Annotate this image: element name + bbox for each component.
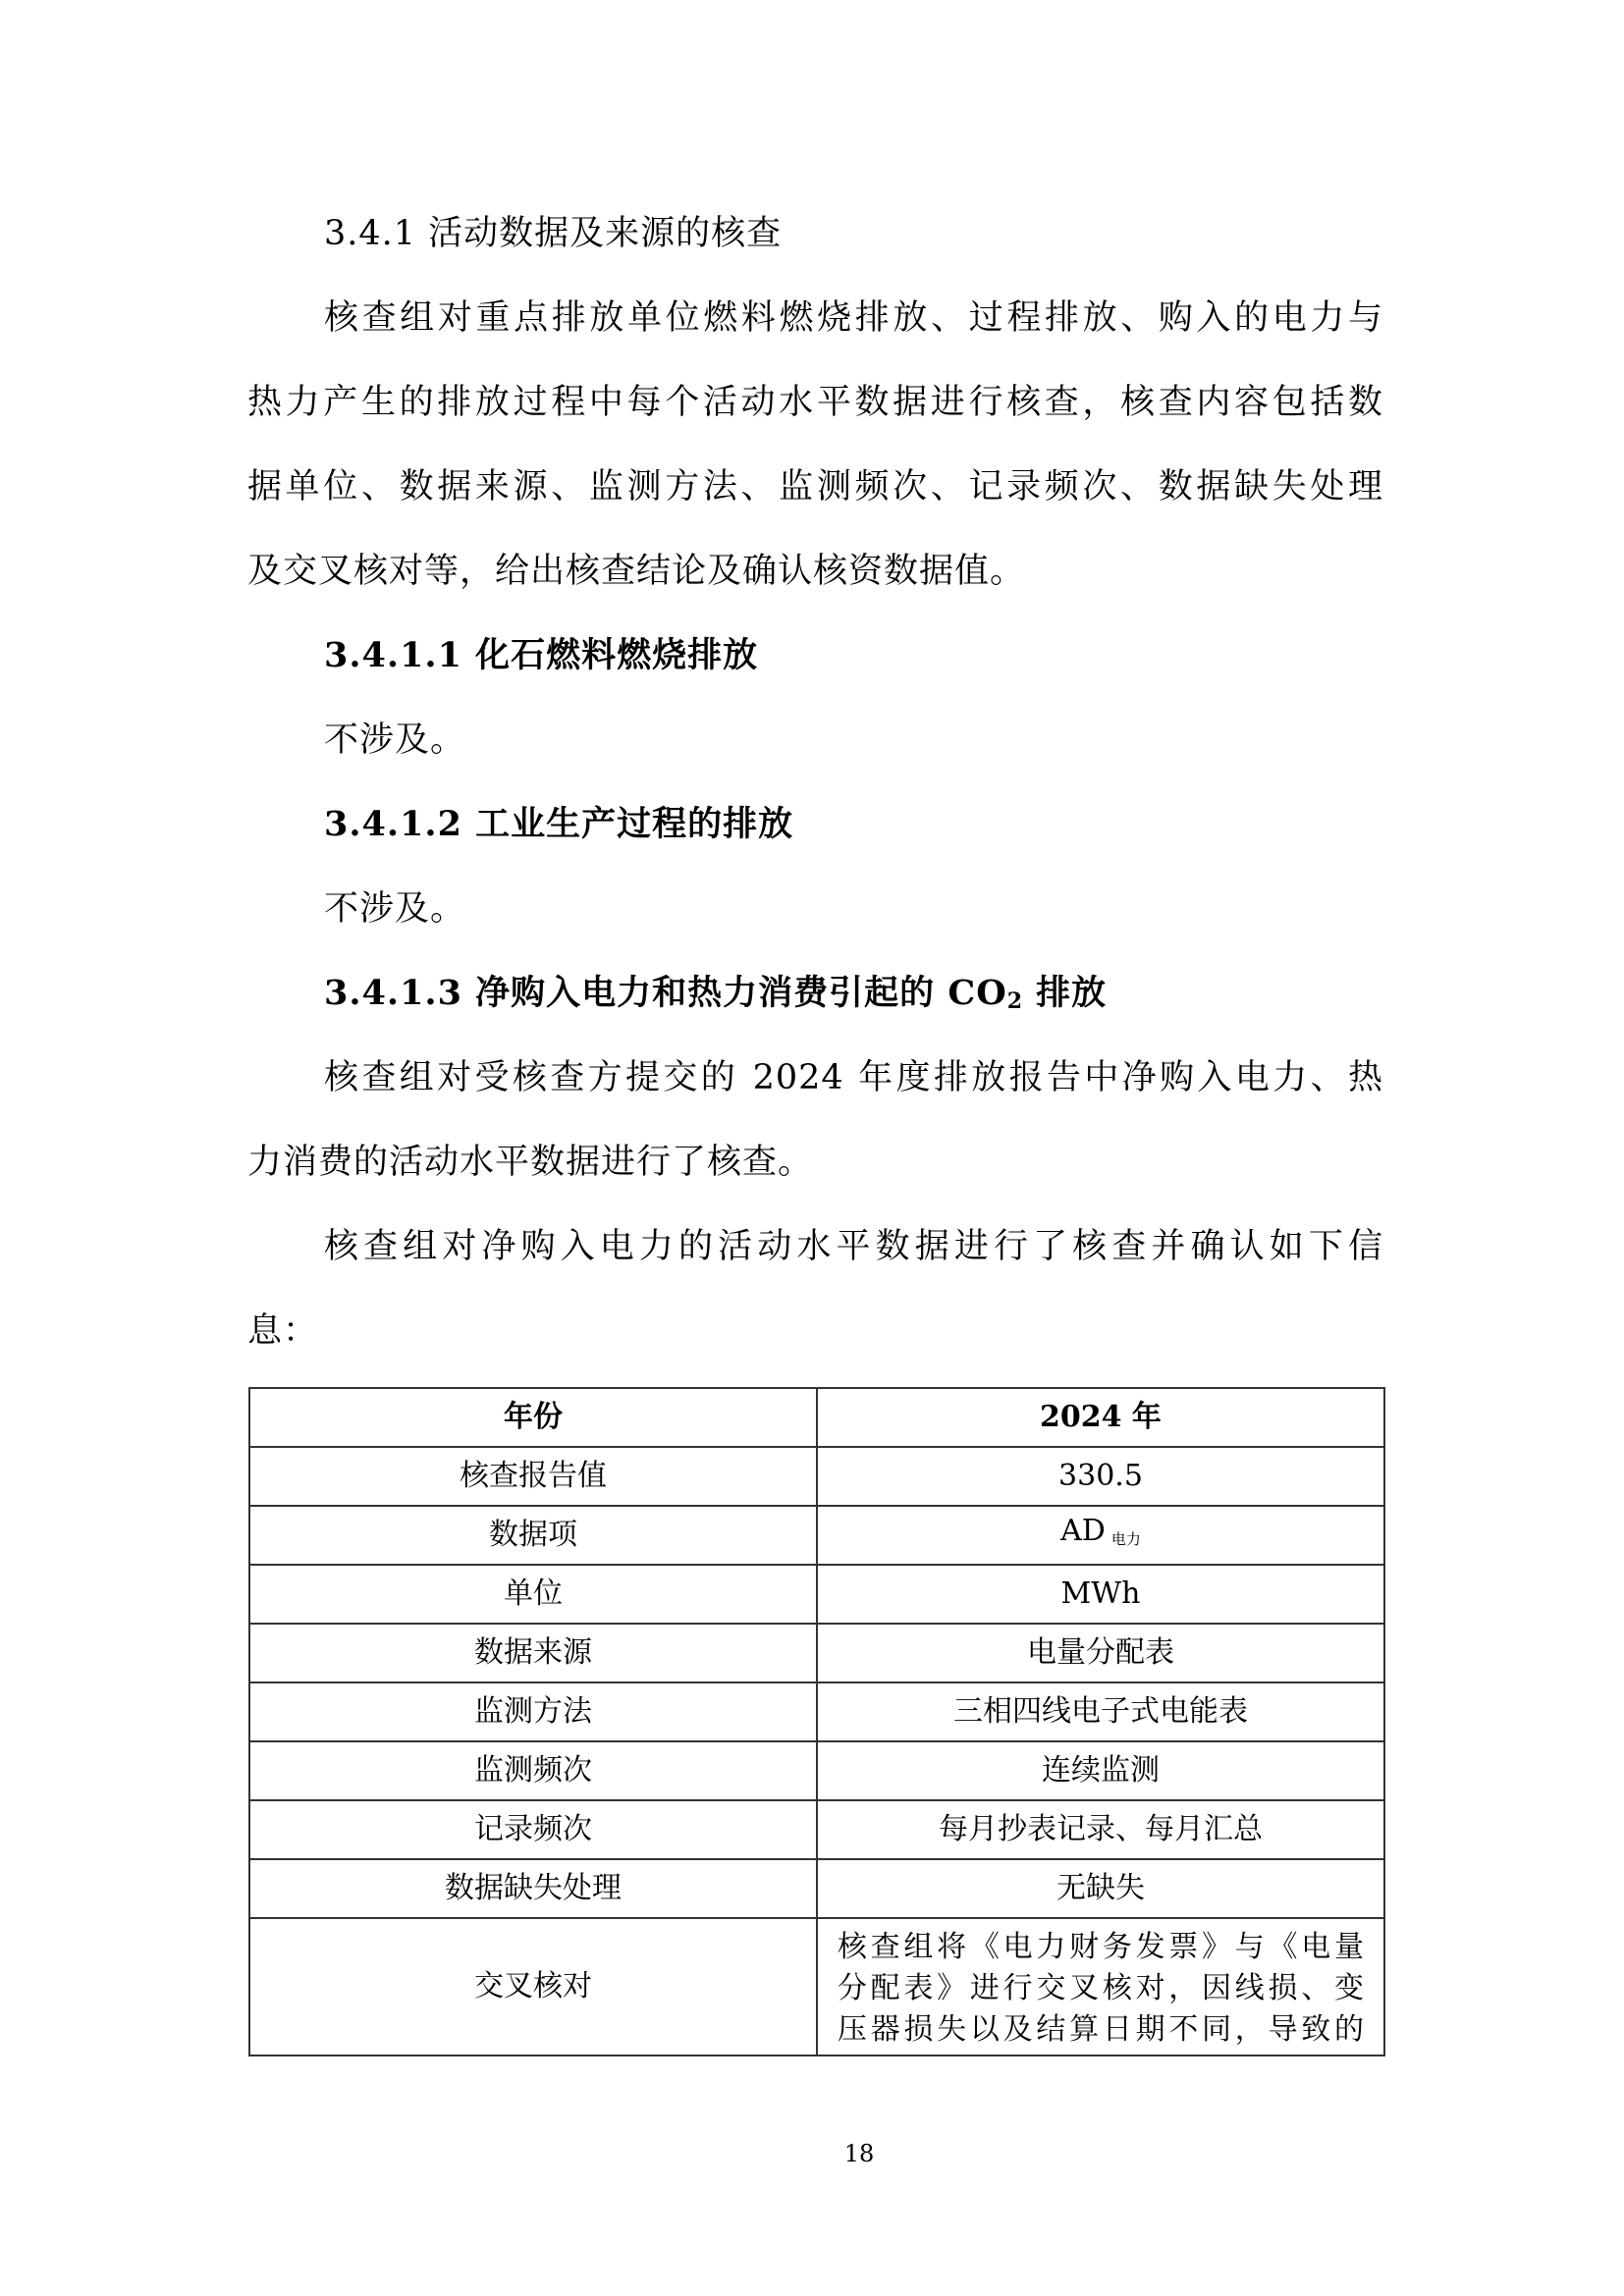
para1-line-2: 力消费的活动水平数据进行了核查。 — [247, 1141, 813, 1184]
electricity-activity-data-table: 年份 2024 年 核查报告值 330.5 数据项 AD电力 单位 MWh 数据… — [248, 1387, 1385, 2056]
table-row: 数据项 AD电力 — [249, 1506, 1384, 1565]
co2-subscript: 2 — [1007, 988, 1023, 1014]
table-row: 数据来源 电量分配表 — [249, 1624, 1384, 1682]
table-row: 单位 MWh — [249, 1565, 1384, 1624]
header-value-cell: 2024 年 — [817, 1388, 1384, 1447]
subsection-body-fossil-fuel: 不涉及。 — [324, 719, 465, 762]
document-page: 3.4.1 活动数据及来源的核查 核查组对重点排放单位燃料燃烧排放、过程排放、购… — [0, 0, 1624, 2296]
row-value: 330.5 — [817, 1447, 1384, 1506]
row-label: 数据项 — [249, 1506, 817, 1565]
subsection-body-industrial-process: 不涉及。 — [324, 887, 465, 931]
section-heading: 3.4.1 活动数据及来源的核查 — [324, 212, 782, 255]
row-value: 连续监测 — [817, 1741, 1384, 1800]
table-header-row: 年份 2024 年 — [249, 1388, 1384, 1447]
row-label: 监测频次 — [249, 1741, 817, 1800]
row-value: 电量分配表 — [817, 1624, 1384, 1682]
table-row: 监测频次 连续监测 — [249, 1741, 1384, 1800]
table-row: 记录频次 每月抄表记录、每月汇总 — [249, 1800, 1384, 1859]
table-row: 核查报告值 330.5 — [249, 1447, 1384, 1506]
table-row: 监测方法 三相四线电子式电能表 — [249, 1682, 1384, 1741]
subsection-heading-fossil-fuel: 3.4.1.1 化石燃料燃烧排放 — [324, 634, 758, 677]
intro-line-1: 核查组对重点排放单位燃料燃烧排放、过程排放、购入的电力与 — [324, 296, 1383, 340]
subsection-heading-industrial-process: 3.4.1.2 工业生产过程的排放 — [324, 803, 793, 846]
intro-line-3: 据单位、数据来源、监测方法、监测频次、记录频次、数据缺失处理 — [247, 465, 1383, 508]
header-label-cell: 年份 — [249, 1388, 817, 1447]
para1-line-1: 核查组对受核查方提交的 2024 年度排放报告中净购入电力、热 — [324, 1056, 1383, 1099]
row-label: 数据缺失处理 — [249, 1859, 817, 1918]
table-row: 交叉核对 核查组将《电力财务发票》与《电量 分配表》进行交叉核对，因线损、变 压… — [249, 1918, 1384, 2056]
value-subscript: 电力 — [1111, 1530, 1141, 1548]
row-label: 交叉核对 — [249, 1918, 817, 2056]
subsection-heading-electricity-heat: 3.4.1.3 净购入电力和热力消费引起的 CO2 排放 — [324, 972, 1107, 1023]
row-label: 核查报告值 — [249, 1447, 817, 1506]
row-value-multiline: 核查组将《电力财务发票》与《电量 分配表》进行交叉核对，因线损、变 压器损失以及… — [817, 1918, 1384, 2056]
row-value: 无缺失 — [817, 1859, 1384, 1918]
row-label: 记录频次 — [249, 1800, 817, 1859]
row-value: MWh — [817, 1565, 1384, 1624]
row-value: AD电力 — [817, 1506, 1384, 1565]
para2-line-1: 核查组对净购入电力的活动水平数据进行了核查并确认如下信 — [324, 1225, 1383, 1268]
row-label: 监测方法 — [249, 1682, 817, 1741]
row-value: 三相四线电子式电能表 — [817, 1682, 1384, 1741]
para2-line-2: 息： — [247, 1309, 318, 1353]
row-label: 数据来源 — [249, 1624, 817, 1682]
row-label: 单位 — [249, 1565, 817, 1624]
intro-line-2: 热力产生的排放过程中每个活动水平数据进行核查，核查内容包括数 — [247, 381, 1383, 424]
table-row: 数据缺失处理 无缺失 — [249, 1859, 1384, 1918]
row-value: 每月抄表记录、每月汇总 — [817, 1800, 1384, 1859]
page-number: 18 — [839, 2140, 879, 2167]
intro-line-4: 及交叉核对等，给出核查结论及确认核资数据值。 — [247, 550, 1025, 593]
